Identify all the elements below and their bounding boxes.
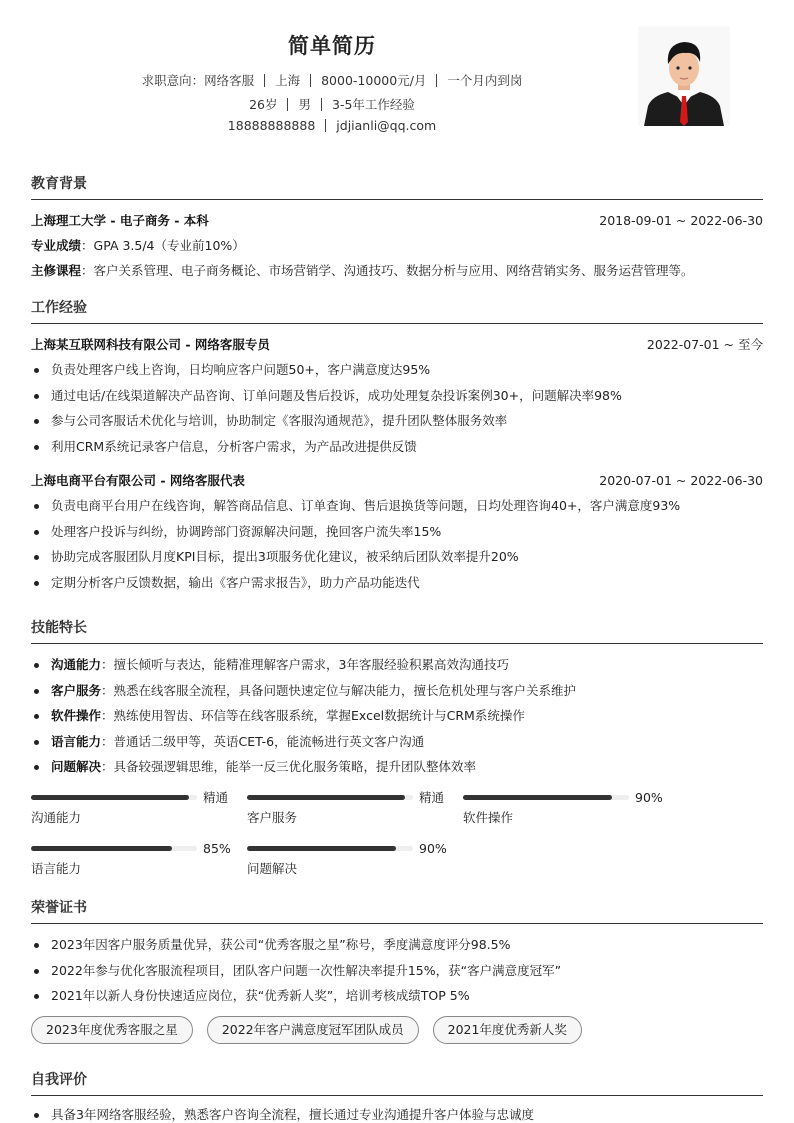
divider	[436, 74, 437, 87]
work-section: 工作经验 上海某互联网科技有限公司 - 网络客服专员 2022-07-01 ~ …	[31, 297, 763, 595]
bar-name: 客户服务	[247, 809, 297, 827]
honor-tag: 2022年客户满意度冠军团队成员	[207, 1016, 419, 1044]
section-divider	[31, 199, 763, 200]
gpa-label: 专业成绩	[31, 238, 81, 253]
bar-fill	[31, 795, 189, 800]
skill-label: 语言能力	[51, 734, 101, 749]
school-line: 上海理工大学 - 电子商务 - 本科	[31, 208, 209, 233]
list-item: 具备3年网络客服经验，熟悉客户咨询全流程，擅长通过专业沟通提升客户体验与忠诚度	[31, 1102, 763, 1123]
basic-info-line: 26岁男3-5年工作经验	[0, 95, 664, 113]
skill-text: ：普通话二级甲等，英语CET-6，能流畅进行英文客户沟通	[101, 734, 424, 749]
resume-title: 简单简历	[0, 30, 664, 60]
email: jdjianli@qq.com	[336, 118, 436, 133]
section-divider	[31, 643, 763, 644]
divider	[264, 74, 265, 87]
skill-label: 软件操作	[51, 708, 101, 723]
list-item: 负责处理客户线上咨询，日均响应客户问题50+，客户满意度达95%	[31, 357, 763, 383]
job-company-title: 上海电商平台有限公司 - 网络客服代表	[31, 468, 245, 493]
list-item: 协助完成客服团队月度KPI目标，提出3项服务优化建议，被采纳后团队效率提升20%	[31, 544, 763, 570]
skill-text: ：熟悉在线客服全流程，具备问题快速定位与解决能力，擅长危机处理与客户关系维护	[101, 683, 576, 698]
honors-section: 荣誉证书 2023年因客户服务质量优异，获公司“优秀客服之星”称号，季度满意度评…	[31, 897, 763, 1009]
list-item: 2022年参与优化客服流程项目，团队客户问题一次性解决率提升15%，获“客户满意…	[31, 958, 763, 984]
skill-label: 问题解决	[51, 759, 101, 774]
bar-fill	[31, 846, 172, 851]
bar-track	[247, 795, 413, 800]
bar-fill	[247, 795, 405, 800]
divider	[310, 74, 311, 87]
section-divider	[31, 1095, 763, 1096]
list-item: 处理客户投诉与纠纷，协调跨部门资源解决问题，挽回客户流失率15%	[31, 519, 763, 545]
list-item: 2023年因客户服务质量优异，获公司“优秀客服之星”称号，季度满意度评分98.5…	[31, 932, 763, 958]
skill-bar: 90% 软件操作	[463, 789, 668, 829]
intent-salary: 8000-10000元/月	[321, 73, 426, 88]
courses-line: 主修课程：客户关系管理、电子商务概论、市场营销学、沟通技巧、数据分析与应用、网络…	[31, 258, 763, 283]
bar-level: 90%	[419, 840, 447, 858]
gpa-line: 专业成绩：GPA 3.5/4（专业前10%）	[31, 233, 763, 258]
resume-header: 简单简历 求职意向：网络客服上海8000-10000元/月一个月内到岗 26岁男…	[0, 0, 794, 150]
intent-availability: 一个月内到岗	[447, 73, 522, 88]
bar-level: 85%	[203, 840, 231, 858]
bar-name: 语言能力	[31, 860, 81, 878]
list-item: 利用CRM系统记录客户信息，分析客户需求，为产品改进提供反馈	[31, 434, 763, 460]
list-item: 负责电商平台用户在线咨询，解答商品信息、订单查询、售后退换货等问题，日均处理咨询…	[31, 493, 763, 519]
gender: 男	[298, 97, 311, 112]
skill-text: ：具备较强逻辑思维，能举一反三优化服务策略，提升团队整体效率	[101, 759, 476, 774]
skill-label: 沟通能力	[51, 657, 101, 672]
bar-name: 沟通能力	[31, 809, 81, 827]
divider	[321, 98, 322, 111]
bar-track	[31, 846, 197, 851]
job-company-title: 上海某互联网科技有限公司 - 网络客服专员	[31, 332, 270, 357]
bar-name: 问题解决	[247, 860, 297, 878]
bar-track	[31, 795, 197, 800]
honors-bullets: 2023年因客户服务质量优异，获公司“优秀客服之星”称号，季度满意度评分98.5…	[31, 932, 763, 1009]
list-item: 2021年以新人身份快速适应岗位，获“优秀新人奖”，培训考核成绩TOP 5%	[31, 983, 763, 1009]
section-title: 荣誉证书	[31, 897, 763, 919]
section-title: 教育背景	[31, 173, 763, 195]
section-title: 技能特长	[31, 617, 763, 639]
job-dates: 2022-07-01 ~ 至今	[647, 332, 763, 357]
bar-fill	[247, 846, 396, 851]
education-dates: 2018-09-01 ~ 2022-06-30	[599, 208, 763, 233]
age: 26岁	[249, 97, 277, 112]
education-section: 教育背景 上海理工大学 - 电子商务 - 本科 2018-09-01 ~ 202…	[31, 173, 763, 283]
honor-tags: 2023年度优秀客服之星 2022年客户满意度冠军团队成员 2021年度优秀新人…	[31, 1016, 582, 1044]
courses-label: 主修课程	[31, 263, 81, 278]
phone: 18888888888	[228, 118, 315, 133]
intent-city: 上海	[275, 73, 300, 88]
bar-level: 精通	[203, 789, 228, 807]
avatar-portrait-icon	[638, 26, 730, 126]
bar-track	[463, 795, 629, 800]
job-bullets: 负责电商平台用户在线咨询，解答商品信息、订单查询、售后退换货等问题，日均处理咨询…	[31, 493, 763, 595]
divider	[325, 119, 326, 132]
bar-track	[247, 846, 413, 851]
skill-text: ：熟练使用智齿、环信等在线客服系统，掌握Excel数据统计与CRM系统操作	[101, 708, 525, 723]
self-evaluation-section: 自我评价 具备3年网络客服经验，熟悉客户咨询全流程，擅长通过专业沟通提升客户体验…	[31, 1069, 763, 1123]
skills-bullets: 沟通能力：擅长倾听与表达，能精准理解客户需求，3年客服经验积累高效沟通技巧 客户…	[31, 652, 763, 780]
list-item: 通过电话/在线渠道解决产品咨询、订单问题及售后投诉，成功处理复杂投诉案例30+，…	[31, 383, 763, 409]
skill-bar: 精通 客户服务	[247, 789, 452, 829]
list-item: 语言能力：普通话二级甲等，英语CET-6，能流畅进行英文客户沟通	[31, 729, 763, 755]
contact-line: 18888888888jdjianli@qq.com	[0, 118, 664, 133]
section-title: 自我评价	[31, 1069, 763, 1091]
intent-label: 求职意向：	[142, 73, 205, 88]
list-item: 定期分析客户反馈数据，输出《客户需求报告》，助力产品功能迭代	[31, 570, 763, 596]
job-entry-heading: 上海电商平台有限公司 - 网络客服代表 2020-07-01 ~ 2022-06…	[31, 468, 763, 493]
list-item: 参与公司客服话术优化与培训，协助制定《客服沟通规范》，提升团队整体服务效率	[31, 408, 763, 434]
section-divider	[31, 923, 763, 924]
skill-bar: 85% 语言能力	[31, 840, 236, 880]
skill-bar: 90% 问题解决	[247, 840, 452, 880]
bar-name: 软件操作	[463, 809, 513, 827]
honor-tag: 2021年度优秀新人奖	[433, 1016, 582, 1044]
list-item: 沟通能力：擅长倾听与表达，能精准理解客户需求，3年客服经验积累高效沟通技巧	[31, 652, 763, 678]
skill-text: ：擅长倾听与表达，能精准理解客户需求，3年客服经验积累高效沟通技巧	[101, 657, 509, 672]
bar-level: 精通	[419, 789, 444, 807]
divider	[287, 98, 288, 111]
skills-section: 技能特长 沟通能力：擅长倾听与表达，能精准理解客户需求，3年客服经验积累高效沟通…	[31, 617, 763, 780]
gpa-value: ：GPA 3.5/4（专业前10%）	[81, 238, 245, 253]
education-entry: 上海理工大学 - 电子商务 - 本科 2018-09-01 ~ 2022-06-…	[31, 208, 763, 233]
skill-bar: 精通 沟通能力	[31, 789, 236, 829]
job-dates: 2020-07-01 ~ 2022-06-30	[599, 468, 763, 493]
section-divider	[31, 323, 763, 324]
skill-bars: 精通 沟通能力 精通 客户服务 90% 软件操作 85% 语言能力 90% 问题…	[31, 789, 763, 879]
bar-fill	[463, 795, 612, 800]
honor-tag: 2023年度优秀客服之星	[31, 1016, 193, 1044]
job-entry-heading: 上海某互联网科技有限公司 - 网络客服专员 2022-07-01 ~ 至今	[31, 332, 763, 357]
skill-label: 客户服务	[51, 683, 101, 698]
job-bullets: 负责处理客户线上咨询，日均响应客户问题50+，客户满意度达95% 通过电话/在线…	[31, 357, 763, 459]
experience-years: 3-5年工作经验	[332, 97, 415, 112]
job-intent-line: 求职意向：网络客服上海8000-10000元/月一个月内到岗	[0, 71, 664, 89]
intent-position: 网络客服	[204, 73, 254, 88]
bar-level: 90%	[635, 789, 663, 807]
avatar	[638, 26, 730, 126]
self-eval-bullets: 具备3年网络客服经验，熟悉客户咨询全流程，擅长通过专业沟通提升客户体验与忠诚度	[31, 1102, 763, 1123]
section-title: 工作经验	[31, 297, 763, 319]
list-item: 问题解决：具备较强逻辑思维，能举一反三优化服务策略，提升团队整体效率	[31, 754, 763, 780]
list-item: 软件操作：熟练使用智齿、环信等在线客服系统，掌握Excel数据统计与CRM系统操…	[31, 703, 763, 729]
list-item: 客户服务：熟悉在线客服全流程，具备问题快速定位与解决能力，擅长危机处理与客户关系…	[31, 678, 763, 704]
courses-value: ：客户关系管理、电子商务概论、市场营销学、沟通技巧、数据分析与应用、网络营销实务…	[81, 263, 694, 278]
